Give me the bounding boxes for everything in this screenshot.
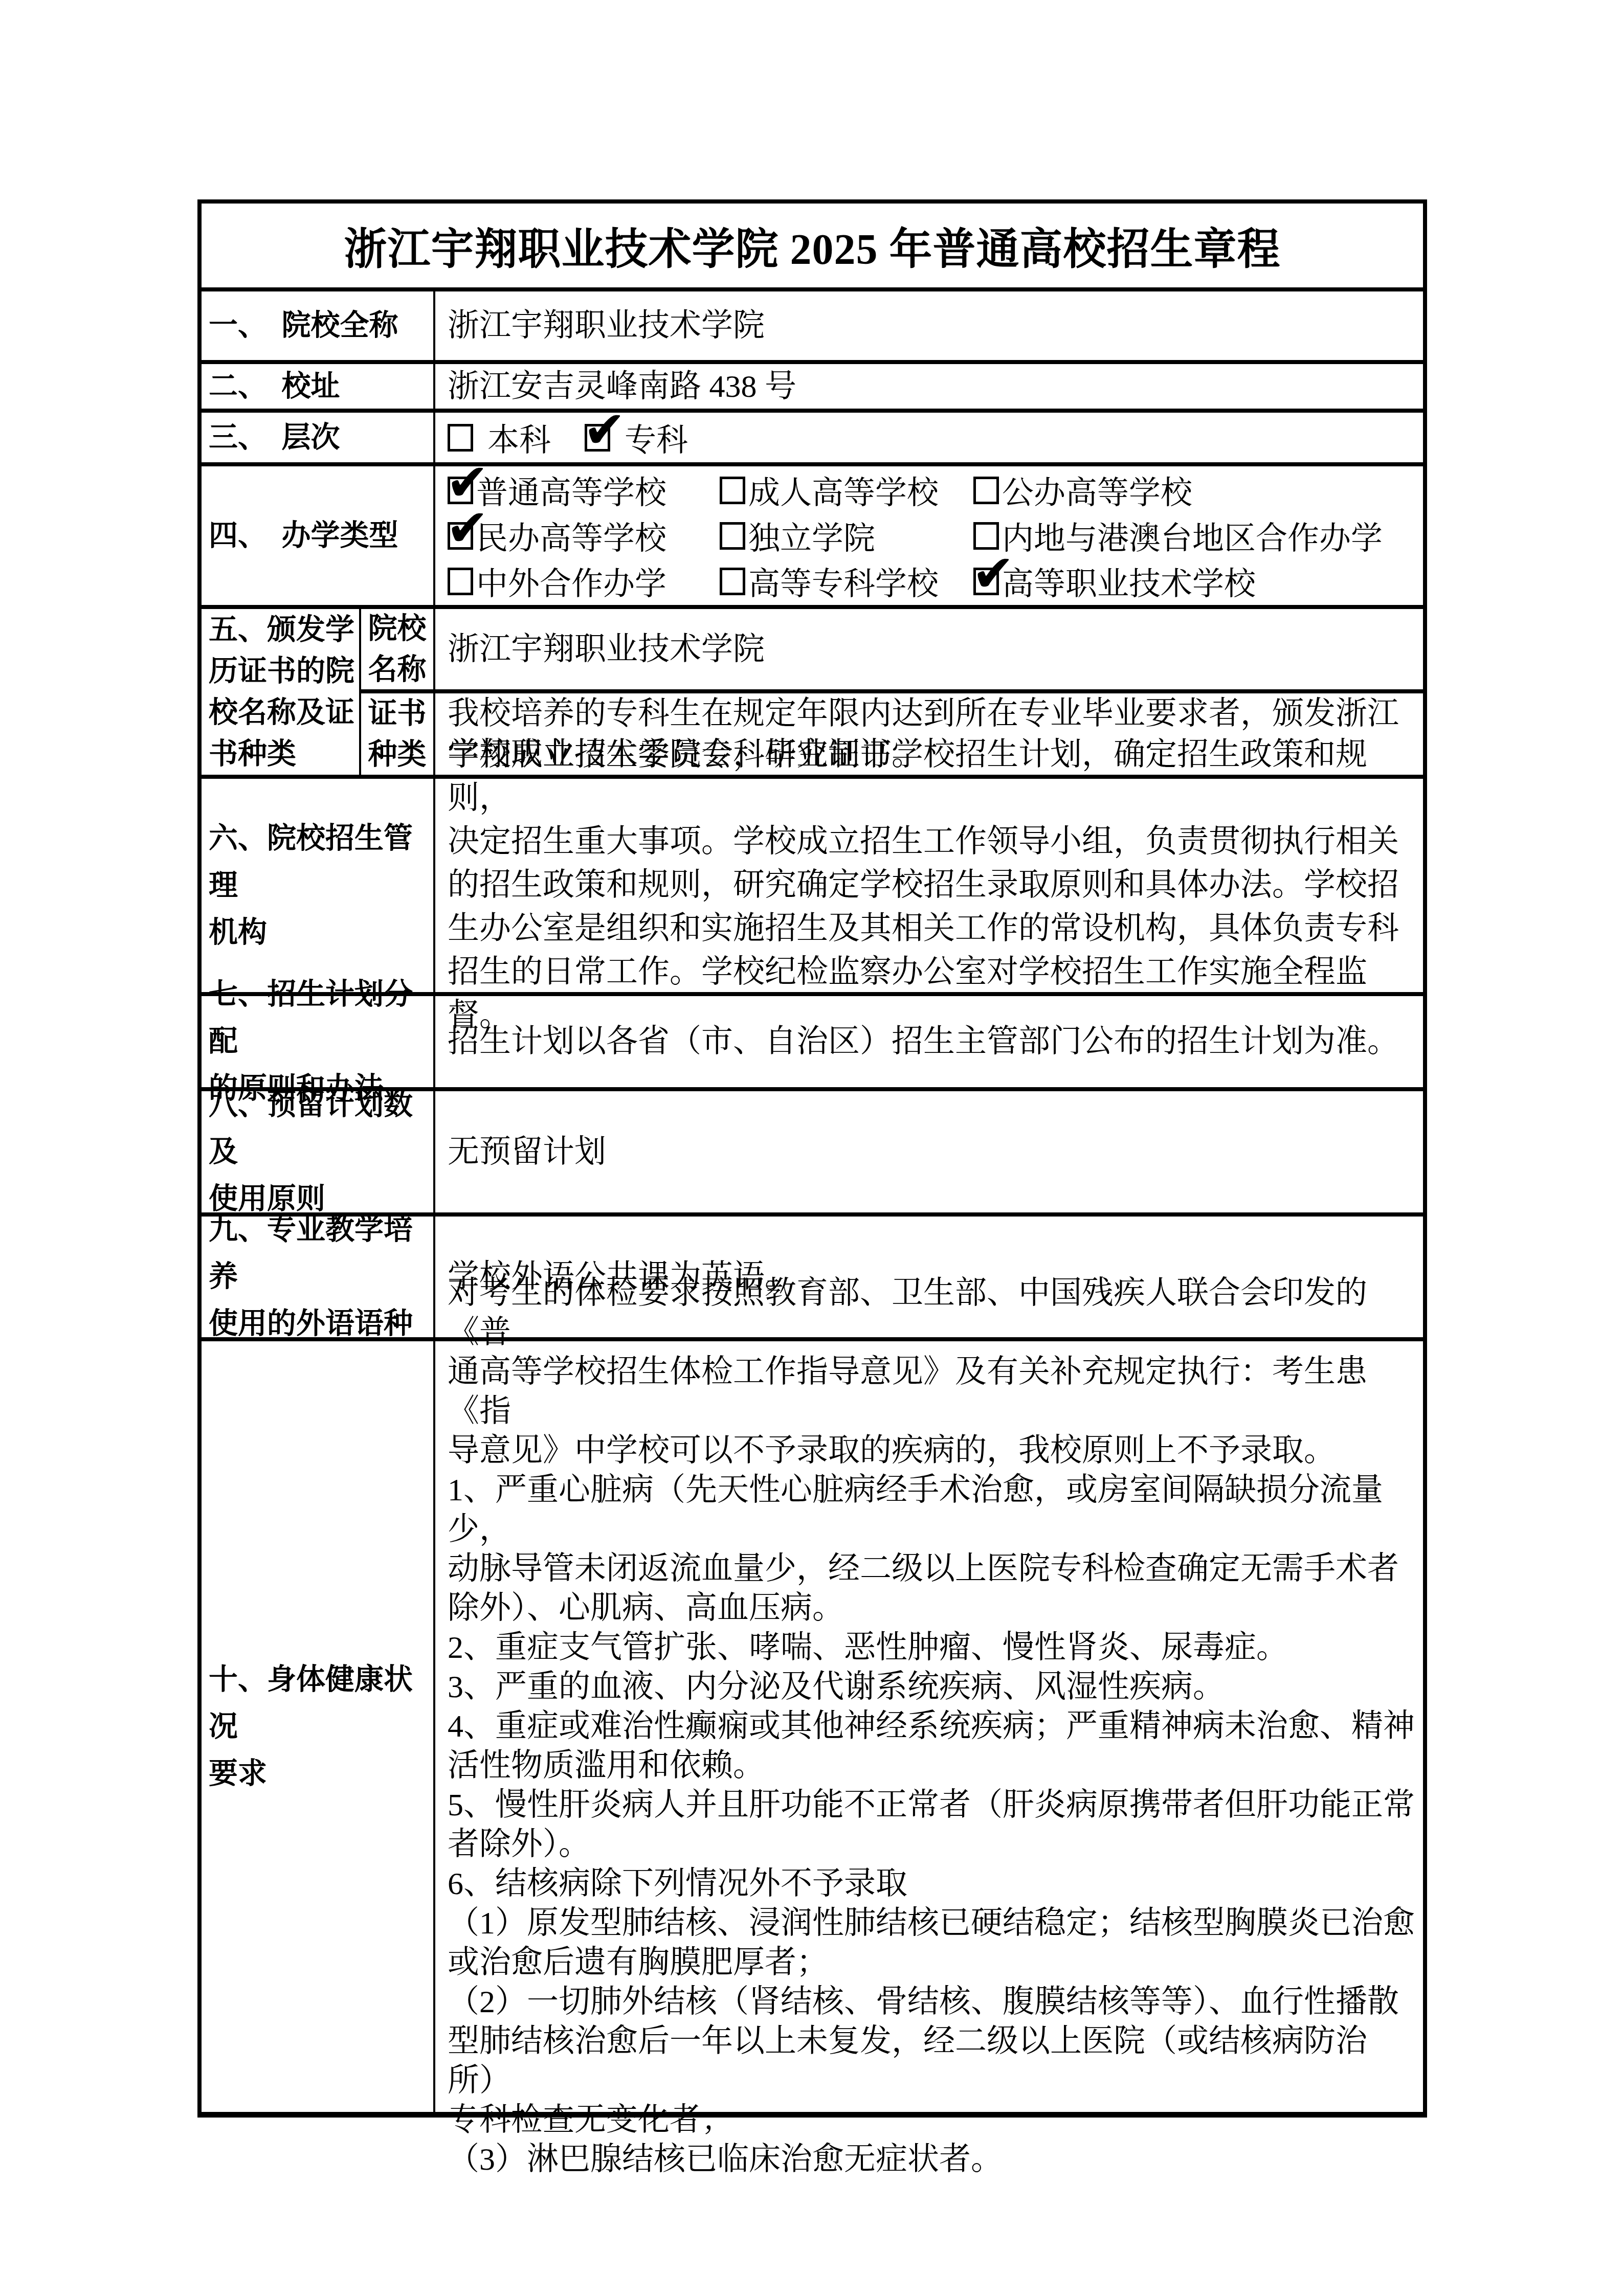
sub-label-cell-certificate-type: 证书 种类 xyxy=(361,693,435,775)
document-page: { "table": { "title": "浙江宇翔职业技术学院 2025 年… xyxy=(0,0,1624,2296)
row-label: 六、院校招生管理 机构 xyxy=(209,815,431,956)
row-content-cell: 本科 专科 xyxy=(435,413,1423,462)
row-plan-allocation: 七、招生计划分配 的原则和办法 招生计划以各省（市、自治区）招生主管部门公布的招… xyxy=(202,996,1423,1091)
options-line: 普通高等学校 成人高等学校 公办高等学校 xyxy=(448,467,1416,513)
option: 高等职业技术学校 xyxy=(973,558,1416,604)
option: 成人高等学校 xyxy=(720,467,973,513)
checkbox-icon xyxy=(448,568,473,595)
row-content: 招生计划以各省（市、自治区）招生主管部门公布的招生计划为准。 xyxy=(448,1021,1399,1062)
row-content-cell: 浙江宇翔职业技术学院 xyxy=(435,291,1423,360)
option: 独立学院 xyxy=(720,513,973,558)
row-content-cell: 招生计划以各省（市、自治区）招生主管部门公布的招生计划为准。 xyxy=(435,996,1423,1087)
admissions-charter-table: 浙江宇翔职业技术学院 2025 年普通高校招生章程 一、 院校全称 浙江宇翔职业… xyxy=(197,199,1427,2118)
checkbox-label: 民办高等学校 xyxy=(476,513,666,558)
options-line: 中外合作办学 高等专科学校 高等职业技术学校 xyxy=(448,558,1416,604)
row-label: 二、 校址 xyxy=(209,363,340,410)
row-content: 对考生的体检要求按照教育部、卫生部、中国残疾人联合会印发的《普 通高等学校招生体… xyxy=(448,1274,1416,2179)
checkbox-label: 普通高等学校 xyxy=(476,467,666,513)
row-reserved-plan: 八、预留计划数及 使用原则 无预留计划 xyxy=(202,1091,1423,1217)
row-label-cell: 十、身体健康状况 要求 xyxy=(202,1341,435,2112)
row-label-cell: 五、颁发学 历证书的院 校名称及证 书种类 xyxy=(202,609,361,775)
checkbox-label: 高等专科学校 xyxy=(748,558,939,604)
row-school-name: 一、 院校全称 浙江宇翔职业技术学院 xyxy=(202,291,1423,364)
row-content: 浙江宇翔职业技术学院 xyxy=(448,305,765,346)
row-content: 无预留计划 xyxy=(448,1132,606,1173)
row-label-cell: 七、招生计划分配 的原则和办法 xyxy=(202,996,435,1087)
row-content-cell: 对考生的体检要求按照教育部、卫生部、中国残疾人联合会印发的《普 通高等学校招生体… xyxy=(435,1341,1423,2112)
row-label: 五、颁发学 历证书的院 校名称及证 书种类 xyxy=(209,609,354,775)
option: 内地与港澳台地区合作办学 xyxy=(973,513,1416,558)
checkbox-icon xyxy=(448,424,473,452)
checkbox-icon xyxy=(448,522,473,550)
sub-label: 院校 名称 xyxy=(368,609,427,690)
checkbox-icon xyxy=(720,522,745,550)
row-label: 一、 院校全称 xyxy=(209,302,398,349)
page-title: 浙江宇翔职业技术学院 2025 年普通高校招生章程 xyxy=(344,215,1280,277)
row-label-cell: 三、 层次 xyxy=(202,413,435,462)
sub-content-cell-school-name: 浙江宇翔职业技术学院 xyxy=(435,609,1423,693)
checkbox-label: 高等职业技术学校 xyxy=(1002,558,1256,604)
row-content: 学校成立招生委员会，研究制订学校招生计划，确定招生政策和规则， 决定招生重大事项… xyxy=(448,733,1416,1038)
row-label: 八、预留计划数及 使用原则 xyxy=(209,1082,431,1223)
row-school-type: 四、 办学类型 普通高等学校 成人高等学校 公办高等学校 xyxy=(202,466,1423,609)
row-admissions-org: 六、院校招生管理 机构 学校成立招生委员会，研究制订学校招生计划，确定招生政策和… xyxy=(202,779,1423,996)
option: 中外合作办学 xyxy=(448,558,720,604)
checkbox-label: 内地与港澳台地区合作办学 xyxy=(1002,513,1383,558)
checkbox-label: 专科 xyxy=(625,415,688,460)
checkbox-label: 独立学院 xyxy=(748,513,875,558)
row-label-cell: 八、预留计划数及 使用原则 xyxy=(202,1091,435,1212)
checkbox-icon xyxy=(973,477,999,504)
row-level: 三、 层次 本科 专科 xyxy=(202,413,1423,466)
checkbox-icon xyxy=(973,568,999,595)
checkbox-label: 成人高等学校 xyxy=(748,467,939,513)
row-health-requirements: 十、身体健康状况 要求 对考生的体检要求按照教育部、卫生部、中国残疾人联合会印发… xyxy=(202,1341,1423,2112)
checkbox-icon xyxy=(720,477,745,504)
checkbox-icon xyxy=(585,424,610,452)
table-title-row: 浙江宇翔职业技术学院 2025 年普通高校招生章程 xyxy=(202,204,1423,291)
sub-label: 证书 种类 xyxy=(368,693,427,775)
row-label-cell: 九、专业教学培养 使用的外语语种 xyxy=(202,1217,435,1337)
row-address: 二、 校址 浙江安吉灵峰南路 438 号 xyxy=(202,364,1423,413)
sub-label-cell-school-name: 院校 名称 xyxy=(361,609,435,693)
row-label-cell: 六、院校招生管理 机构 xyxy=(202,779,435,992)
checkbox-label: 公办高等学校 xyxy=(1002,467,1192,513)
row-label: 九、专业教学培养 使用的外语语种 xyxy=(209,1206,431,1347)
option: 高等专科学校 xyxy=(720,558,973,604)
row-content-cell: 学校成立招生委员会，研究制订学校招生计划，确定招生政策和规则， 决定招生重大事项… xyxy=(435,779,1423,992)
option: 民办高等学校 xyxy=(448,513,720,558)
options-line: 民办高等学校 独立学院 内地与港澳台地区合作办学 xyxy=(448,513,1416,558)
row-label-cell: 二、 校址 xyxy=(202,364,435,409)
row-label: 四、 办学类型 xyxy=(209,512,398,559)
school-type-options: 普通高等学校 成人高等学校 公办高等学校 民办高等学校 xyxy=(448,467,1416,604)
row-label-cell: 四、 办学类型 xyxy=(202,466,435,605)
option: 公办高等学校 xyxy=(973,467,1416,513)
checkbox-icon xyxy=(720,568,745,595)
row-label: 十、身体健康状况 要求 xyxy=(209,1656,431,1797)
row-content-cell: 无预留计划 xyxy=(435,1091,1423,1212)
row-label: 三、 层次 xyxy=(209,414,340,461)
checkbox-label: 中外合作办学 xyxy=(476,558,666,604)
checkbox-label: 本科 xyxy=(487,415,551,460)
row-content-cell: 普通高等学校 成人高等学校 公办高等学校 民办高等学校 xyxy=(435,466,1423,605)
sub-content: 浙江宇翔职业技术学院 xyxy=(448,629,765,670)
row-label-cell: 一、 院校全称 xyxy=(202,291,435,360)
